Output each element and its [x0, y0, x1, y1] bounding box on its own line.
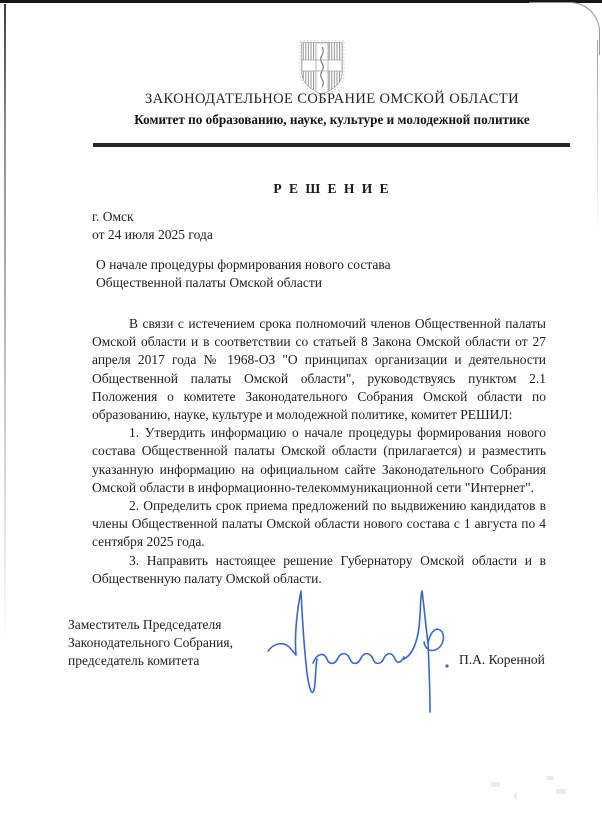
committee-name: Комитет по образованию, науке, культуре …: [93, 112, 571, 128]
place-line: г. Омск: [92, 208, 213, 226]
signatory-position-line-3: председатель комитета: [68, 652, 233, 670]
organization-name: ЗАКОНОДАТЕЛЬНОЕ СОБРАНИЕ ОМСКОЙ ОБЛАСТИ: [93, 91, 571, 108]
decision-item-3: 3. Направить настоящее решение Губернато…: [92, 552, 546, 588]
scan-corner-curve: [529, 2, 600, 55]
scanned-document-page: ЗАКОНОДАТЕЛЬНОЕ СОБРАНИЕ ОМСКОЙ ОБЛАСТИ …: [0, 0, 602, 829]
scan-edge-left: [4, 4, 6, 644]
subject-line-1: О начале процедуры формирования нового с…: [96, 256, 391, 274]
decision-item-1: 1. Утвердить информацию о начале процеду…: [92, 424, 546, 497]
subject-block: О начале процедуры формирования нового с…: [96, 256, 391, 292]
scan-smudge: [514, 793, 517, 799]
scan-edge-right: [597, 40, 598, 230]
scan-smudge: [546, 776, 554, 780]
place-date-block: г. Омск от 24 июля 2025 года: [92, 208, 213, 244]
signatory-position-line-1: Заместитель Председателя: [68, 616, 233, 634]
document-body: В связи с истечением срока полномочий чл…: [92, 315, 546, 588]
date-line: от 24 июля 2025 года: [92, 226, 213, 244]
signatory-name: П.А. Коренной: [459, 652, 545, 668]
signatory-position-line-2: Законодательного Собрания,: [68, 634, 233, 652]
scan-smudge: [556, 789, 566, 794]
signatory-position-block: Заместитель Председателя Законодательног…: [68, 616, 233, 671]
decision-item-2: 2. Определить срок приема предложений по…: [92, 497, 546, 552]
scan-edge-top: [0, 0, 602, 3]
document-title: Р Е Ш Е Н И Е: [93, 181, 571, 197]
handwritten-signature-icon: [260, 585, 455, 715]
preamble-paragraph: В связи с истечением срока полномочий чл…: [92, 315, 546, 424]
subject-line-2: Общественной палаты Омской области: [96, 274, 391, 292]
letterhead-rule: [93, 143, 570, 147]
omsk-coat-of-arms-icon: [297, 39, 347, 97]
scan-smudge: [491, 782, 500, 787]
